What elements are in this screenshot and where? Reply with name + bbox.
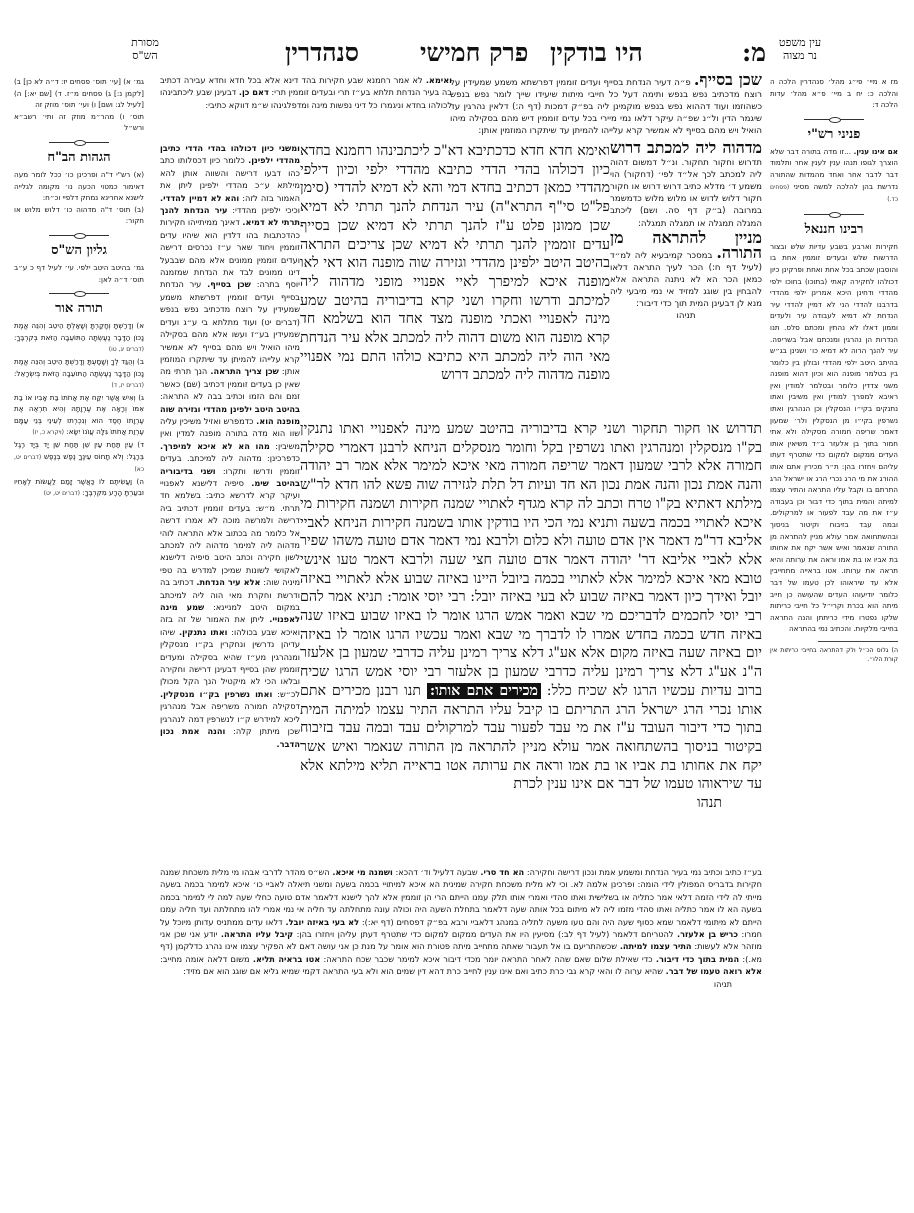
hagahot-habach-title: הגהות הב"ח — [14, 149, 144, 167]
rashi-text: תדרוש וחקור תחקור. ונ״ל דמשום דהוה ליה ל… — [610, 158, 762, 228]
hagahot-item: (א) רש"י ד"ה ופרכינן כו׳ ככל לומר מעה דא… — [14, 169, 144, 204]
tosafot-end-word: תניהו — [160, 978, 762, 990]
chapter-name: היו בודקין — [550, 38, 643, 68]
torah-or-verse: ה) וַעֲשִׂיתֶם לוֹ כַּאֲשֶׁר זָמַם לַעֲש… — [14, 476, 144, 500]
verse-ref: (דברים יז, ד) — [111, 382, 144, 389]
tosafot-lead-word: ואתו נתנקין. — [179, 627, 228, 637]
tosafot-lead-word: המית בתוך כדי דיבור. — [656, 954, 739, 964]
tosafot-lead-word: ואתו נשרפין בק״ו מנסקלין. — [160, 689, 272, 699]
masoret-hashas-line: גמ׳ א) [עי׳ תוס׳ פסחים יז: ד״ה לא כן] ב)… — [14, 76, 144, 111]
masoret-label-line: מסורת — [115, 36, 175, 49]
rabbeinu-chananel-note: ה) גלוס הכ״ל ולק דהתראה בחייבי כריתות אי… — [770, 646, 898, 664]
tosafot-text: להטריחם דלאמר (לעיל דף לב:) מסיעין היו א… — [297, 929, 674, 939]
tosafot-text: עיר הנדחת בסייף ועדים זוממין דפרשתא משמע… — [160, 279, 300, 376]
gemara-text: תנו רבנן מכירים אתם אותו נכרי הרג ישראל … — [300, 683, 762, 793]
tosafot-text: משום דלאה אומה מחייב: — [160, 954, 250, 964]
hagahot-item: (ב) תוס׳ ד"ה מדהוה כו׳ דלוש מלוש או חקור… — [14, 204, 144, 227]
torah-or-verse: ב) וְהֻגַּד לְךָ וְשָׁמָעְתָּ וְדָרַשְׁת… — [14, 356, 144, 392]
tosafot-text: שבעה דלעיל וד׳ דהכא: — [395, 867, 477, 877]
gemara-text: ואימא חדא חדא כדכתיבא דא"כ ליכתבינהו רחמ… — [300, 143, 610, 253]
tosafot-lead-word: דאם כן. — [239, 87, 269, 97]
masoret-label: מסורת הש"ס — [115, 36, 175, 62]
pninei-rashi-body: אם אינו ענין. ...זו מדה בתורה דבר שלא הו… — [770, 146, 898, 206]
verse-text: ב) וְהֻגַּד לְךָ וְשָׁמָעְתָּ וְדָרַשְׁת… — [14, 357, 144, 378]
rashi-column: מדהוה ליה למכתב דרוש תדרוש וחקור תחקור. … — [610, 142, 762, 442]
chapter-title: פרק חמישי — [420, 38, 528, 68]
tosafot-text: כדי שאילת שלום שאם שהה לאחר התראה יומר מ… — [324, 954, 653, 964]
mishnah-highlight-heading: מכירים אתם אותו: — [427, 683, 541, 699]
rashi-lead-word: שכן בסייף. — [694, 74, 762, 89]
torah-or-verse: ג) וְאִישׁ אֲשֶׁר יִקַּח אֶת אֲחֹתוֹ בַּ… — [14, 392, 144, 439]
rabbeinu-chananel-title: רבינו חננאל — [770, 221, 898, 239]
tosafot-lead-word: אלא רואה טעמו של דבר. — [666, 966, 762, 976]
ornament-divider — [49, 293, 109, 294]
ornament-divider — [804, 214, 864, 215]
gemara-main-block: תדרוש או חקור תחקור ושני קרא בדיבוריה בה… — [300, 420, 762, 860]
pninei-rashi-title: פניני רש"י — [770, 126, 898, 144]
tosafot-text: בע״ז כתיב וכתיב נמי בעיר הנדחת ומשמע אמת… — [527, 867, 762, 877]
ein-mishpat-label-line: עין משפט — [770, 36, 830, 49]
tosafot-lead-word: קיבל עליו התראה. — [221, 929, 293, 939]
ein-mishpat-label-line: נר מצוה — [770, 49, 830, 62]
torah-or-verse: ד) עַיִן תַּחַת עַיִן שֵׁן תַּחַת שֵׁן י… — [14, 439, 144, 476]
tosafot-text: בעדים זוממין דכתיב ביה דרישה ולמרשה מוכה… — [160, 503, 300, 587]
gemara-text: בהיטב היטב ילפינן מהדדי וגזירה שוה מופנה… — [300, 255, 610, 383]
tosafot-lead-word: ושמנה מי איכא. — [332, 867, 393, 877]
masoret-hashas-line: תוס׳ ו) מהר״מ מוזק זה ותי׳ רשב״א ורש״ל — [14, 111, 144, 134]
torah-or-verse: א) וְדָרַשְׁתָּ וְחָקַרְתָּ וְשָׁאַלְתָּ… — [14, 320, 144, 356]
tosafot-top-block: ואימא. לא אמר רחמנא שבע חקירות בהד דינא … — [160, 74, 452, 142]
pninei-rashi-lead: אם אינו ענין. — [854, 147, 898, 156]
tosafot-lead-word: אלא עיר הנדחת. — [196, 577, 260, 587]
footnote-rule — [818, 641, 898, 642]
ornament-divider — [804, 119, 864, 120]
tosafot-lead-word: שכן בסייף. — [207, 279, 251, 289]
folio-number: מ: — [742, 38, 766, 68]
ein-mishpat-label: עין משפט נר מצוה — [770, 36, 830, 62]
verse-ref: (ויקרא כ, יז) — [32, 429, 64, 436]
rabbeinu-chananel-text: חקירות וארבע בשבע עדיות שלש ובצור הדרשות… — [770, 241, 898, 635]
tosafot-text: שהיא ערוה לו והאי קרא גבי כרת כתיב ואם א… — [183, 966, 663, 976]
page-header: מסורת הש"ס סנהדרין פרק חמישי היו בודקין … — [0, 38, 914, 68]
rashi-lead-word: מדהוה ליה למכתב דרוש — [610, 142, 762, 157]
gilyon-hashas-text: גמ׳ בהיטב היטב ילפי. עי׳ לעיל דף כ ע״ב ת… — [14, 262, 144, 285]
verse-text: א) וְדָרַשְׁתָּ וְחָקַרְתָּ וְשָׁאַלְתָּ… — [14, 321, 144, 342]
left-margin-column: גמ׳ א) [עי׳ תוס׳ פסחים יז: ד״ה לא כן] ב)… — [14, 76, 144, 726]
tosafot-text: וכיכי ילפינן מהדדי: — [232, 205, 300, 215]
ornament-divider — [49, 235, 109, 236]
tosafot-lead-word: התיר עצמו למיתה. — [620, 941, 692, 951]
tosafot-lead-word: שכן צריך התראה. — [210, 366, 279, 376]
tosafot-lead-word: ואימא. — [426, 75, 452, 85]
tosafot-lead-word: כריש בן אלעזר. — [677, 929, 738, 939]
verse-ref: (דברים יט, יט) — [44, 490, 80, 497]
tosafot-lead-word: מהו הא לא איכא למיפרך. — [160, 441, 270, 451]
torah-or-title: תורה אור — [14, 300, 144, 318]
ornament-divider — [49, 142, 109, 143]
gilyon-hashas-title: גליון הש"ס — [14, 242, 144, 260]
gemara-end-word: תנהו — [300, 794, 762, 813]
verse-ref: (דברים יג, טו) — [109, 346, 144, 353]
right-margin-column: מז א מיי׳ פי״ג מהל׳ סנהדרין הלכה ה והלכה… — [770, 76, 898, 976]
gemara-text: תדרוש או חקור תחקור ושני קרא בדיבוריה בה… — [300, 421, 762, 699]
rashi-end-word: תניהו — [610, 310, 762, 322]
tractate-title: סנהדרין — [285, 38, 359, 68]
bottom-commentary-block: בע״ז כתיב וכתיב נמי בעיר הנדחת ומשמע אמת… — [160, 866, 762, 1076]
tosafot-lead-word: הא חד סרי. — [480, 867, 524, 877]
tosafot-column: ומשני כיון דכולהו בהדי הדדי כתיבן מהדדי … — [160, 142, 300, 862]
masoret-label-line: הש"ס — [115, 49, 175, 62]
tosafot-lead-word: והא לא דמיין להדדי. — [160, 193, 239, 203]
rashi-top-block: שכן בסייף. פ״ה דעיר הנדחת בסייף ועדים זו… — [450, 74, 762, 142]
talmud-page: מסורת הש"ס סנהדרין פרק חמישי היו בודקין … — [0, 0, 914, 1213]
tosafot-lead-word: אטו בראיה תליא. — [253, 954, 320, 964]
tosafot-lead-word: לא בעי באיזה יובל. — [285, 917, 359, 927]
gemara-upper-block: ואימא חדא חדא כדכתיבא דא"כ ליכתבינהו רחמ… — [300, 142, 610, 412]
ein-mishpat-text: מז א מיי׳ פי״ג מהל׳ סנהדרין הלכה ה והלכה… — [770, 76, 898, 111]
